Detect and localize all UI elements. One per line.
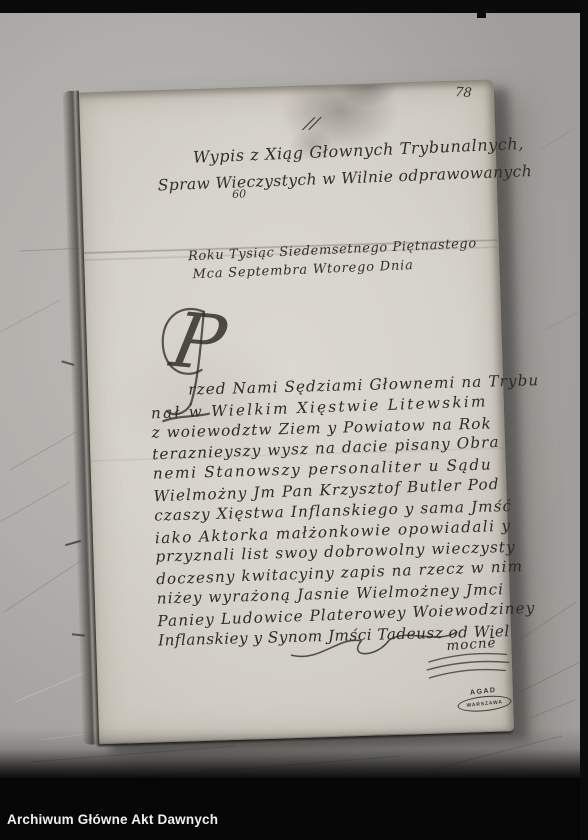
film-frame-notch <box>477 12 486 18</box>
photo-bottom-bar <box>0 778 588 840</box>
manuscript-header-line: Spraw Wieczystych w Wilnie odprawowanych <box>157 162 532 194</box>
manuscript-page: 78 // Wypis z Xiąg Głownych Trybunalnych… <box>76 80 514 745</box>
archive-caption: Archiwum Główne Akt Dawnych <box>7 812 218 827</box>
manuscript-header-line: Wypis z Xiąg Głownych Trybunalnych, <box>193 134 525 167</box>
ditto-mark: // <box>301 114 323 133</box>
folio-number: 78 <box>455 85 473 101</box>
binding-edge <box>62 91 100 745</box>
archive-stamp: AGAD WARSZAWA <box>451 685 517 714</box>
manuscript-body: rzed Nami Sędziami Głownemi na Trybu nał… <box>150 370 547 652</box>
photo-bottom-fade <box>0 728 588 780</box>
archival-photo: 78 // Wypis z Xiąg Głownych Trybunalnych… <box>0 0 588 840</box>
film-frame-top <box>0 0 588 13</box>
flourish-strokes <box>425 651 512 684</box>
archive-stamp-city: WARSZAWA <box>466 699 503 708</box>
manuscript-date-line: Roku Tysiąc Siedemsetnego Piętnastego <box>188 236 477 264</box>
film-frame-right <box>580 0 588 840</box>
